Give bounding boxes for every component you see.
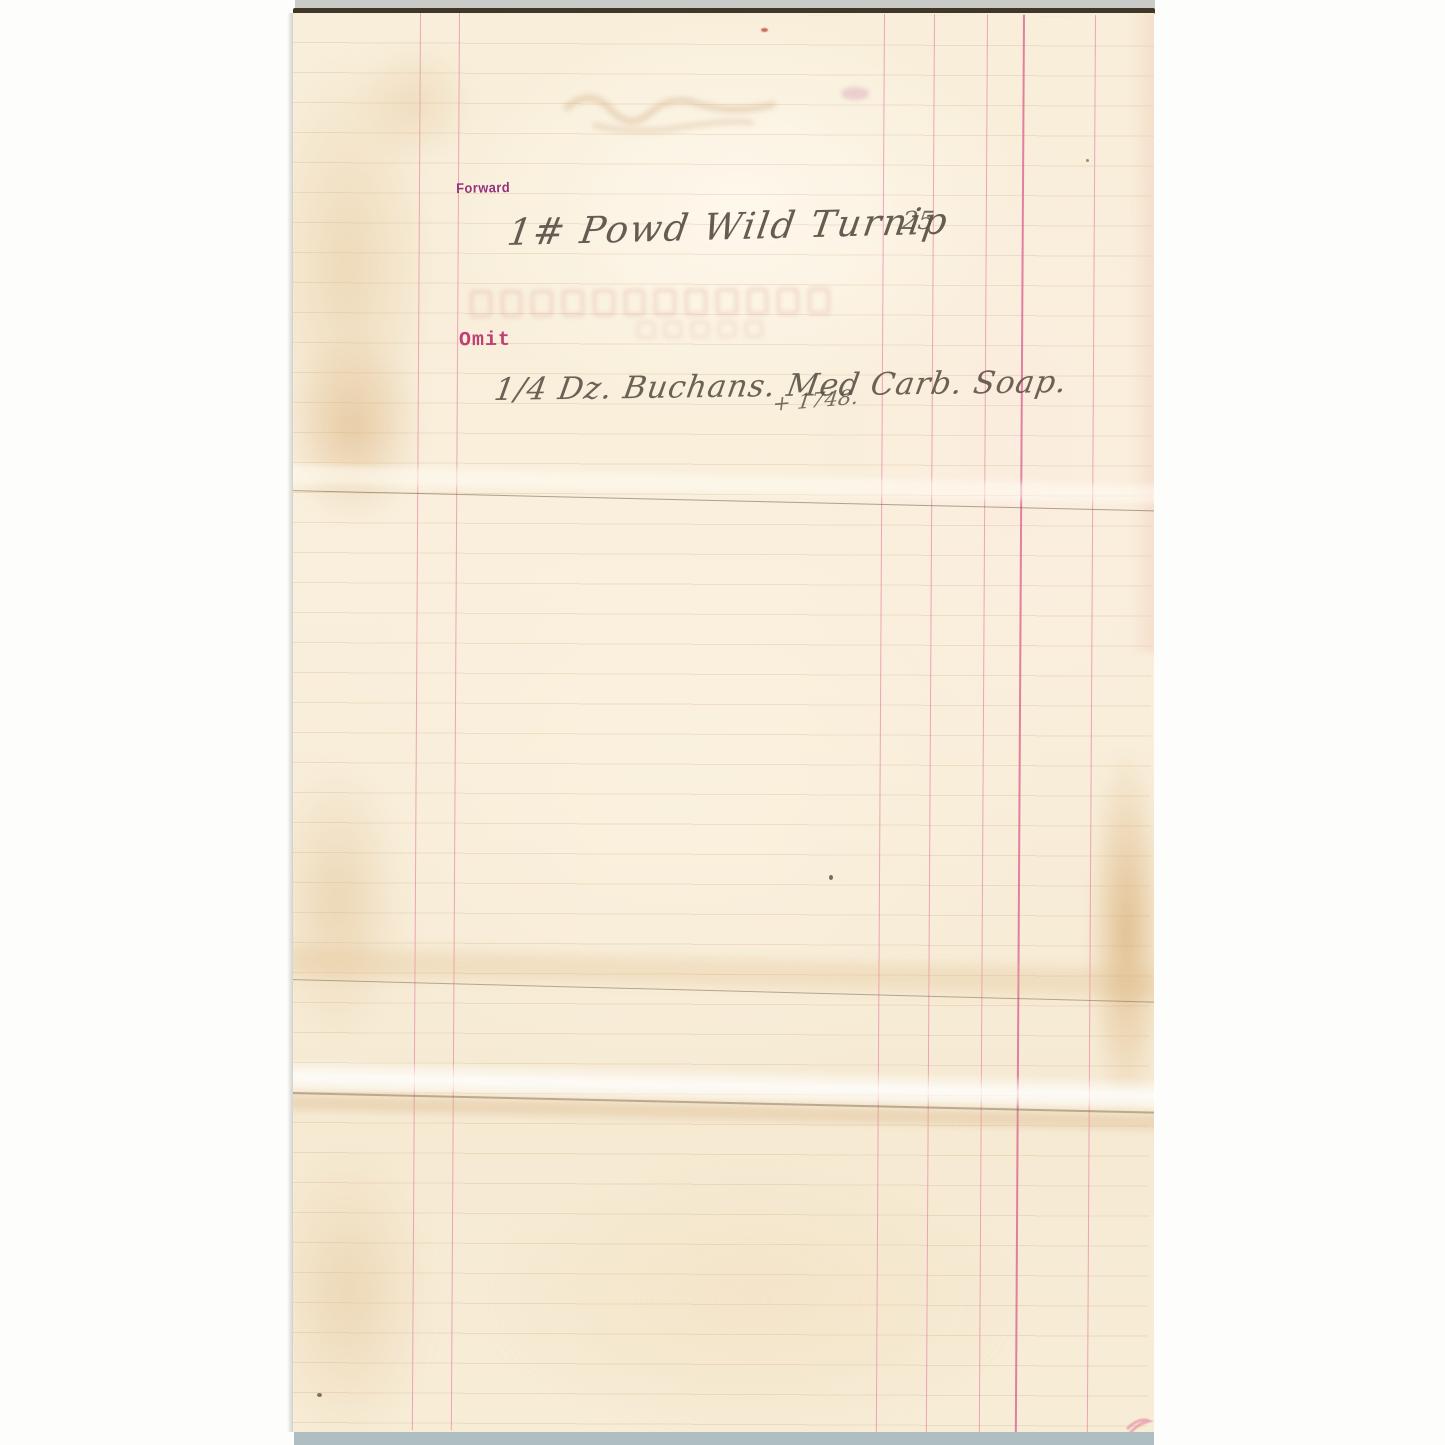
entry-1-amount: 25: [899, 206, 936, 235]
ink-speck: [317, 1393, 322, 1397]
pink-corner-mark: [1127, 1420, 1149, 1432]
red-speck: [761, 28, 768, 32]
scanned-document-photo: Forward Omit 1# Powd Wild Turnip 25 1/4 …: [0, 0, 1445, 1445]
ledger-paper: Forward Omit 1# Powd Wild Turnip 25 1/4 …: [293, 13, 1154, 1432]
magenta-smudge: [841, 87, 869, 100]
handwriting-layer: 1# Powd Wild Turnip 25 1/4 Dz. Buchans. …: [293, 13, 1154, 1432]
backing-strip-bottom: [294, 1431, 1154, 1445]
entry-1-text: 1# Powd Wild Turnip: [505, 199, 952, 254]
ink-speck: [1086, 159, 1089, 162]
ink-speck: [829, 875, 833, 880]
